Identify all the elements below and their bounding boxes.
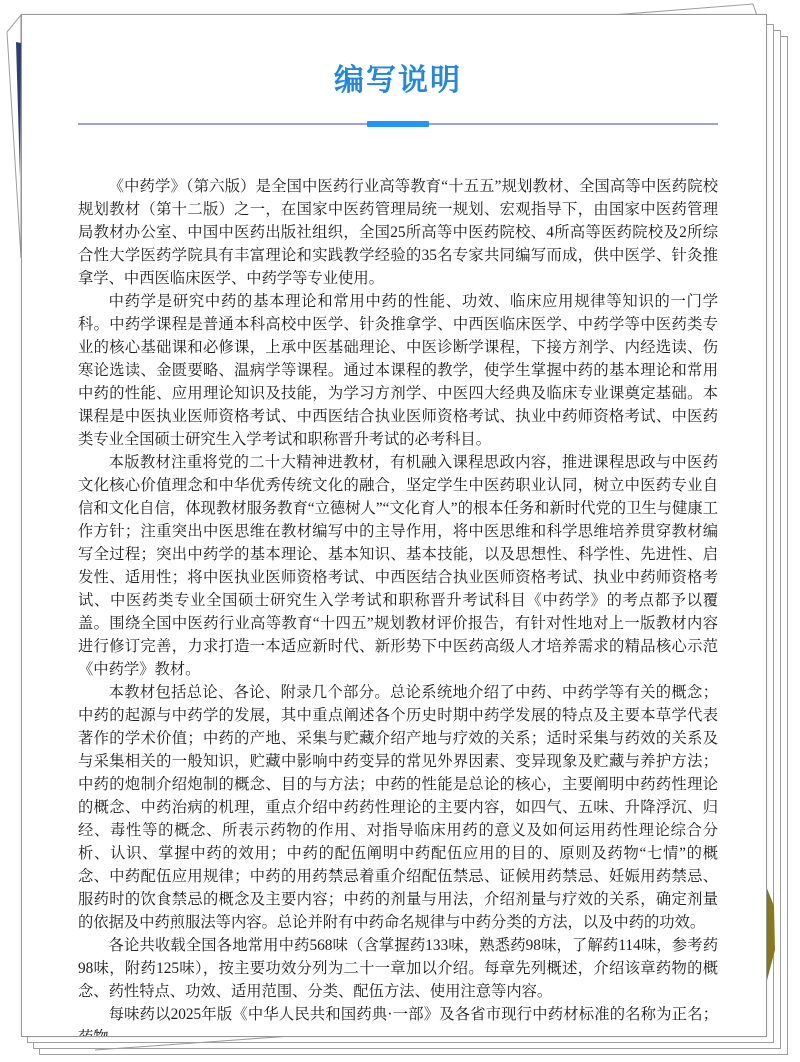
body-paragraph: 各论共收载全国各地常用中药568味（含掌握药133味，熟悉药98味，了解药114… <box>78 934 718 1003</box>
body-paragraph: 本版教材注重将党的二十大精神进教材，有机融入课程思政内容，推进课程思政与中医药文… <box>78 451 718 681</box>
body-paragraph: 每味药以2025年版《中华人民共和国药典·一部》及各省市现行中药材标准的名称为正… <box>78 1003 718 1037</box>
document-body: 《中药学》（第六版）是全国中医药行业高等教育“十五五”规划教材、全国高等中医药院… <box>78 175 718 1037</box>
body-paragraph: 《中药学》（第六版）是全国中医药行业高等教育“十五五”规划教材、全国高等中医药院… <box>78 175 718 290</box>
page-title: 编写说明 <box>78 55 718 99</box>
divider-accent <box>367 121 429 127</box>
page-inner: 编写说明 《中药学》（第六版）是全国中医药行业高等教育“十五五”规划教材、全国高… <box>22 55 766 1037</box>
body-paragraph: 中药学是研究中药的基本理论和常用中药的性能、功效、临床应用规律等知识的一门学科。… <box>78 290 718 451</box>
book-page-scene: 编写说明 《中药学》（第六版）是全国中医药行业高等教育“十五五”规划教材、全国高… <box>0 0 800 1062</box>
body-paragraph: 本教材包括总论、各论、附录几个部分。总论系统地介绍了中药、中药学等有关的概念；中… <box>78 681 718 934</box>
divider-rule <box>78 123 718 125</box>
rotated-page-left <box>7 15 21 258</box>
main-page: 编写说明 《中药学》（第六版）是全国中医药行业高等教育“十五五”规划教材、全国高… <box>21 14 767 1037</box>
